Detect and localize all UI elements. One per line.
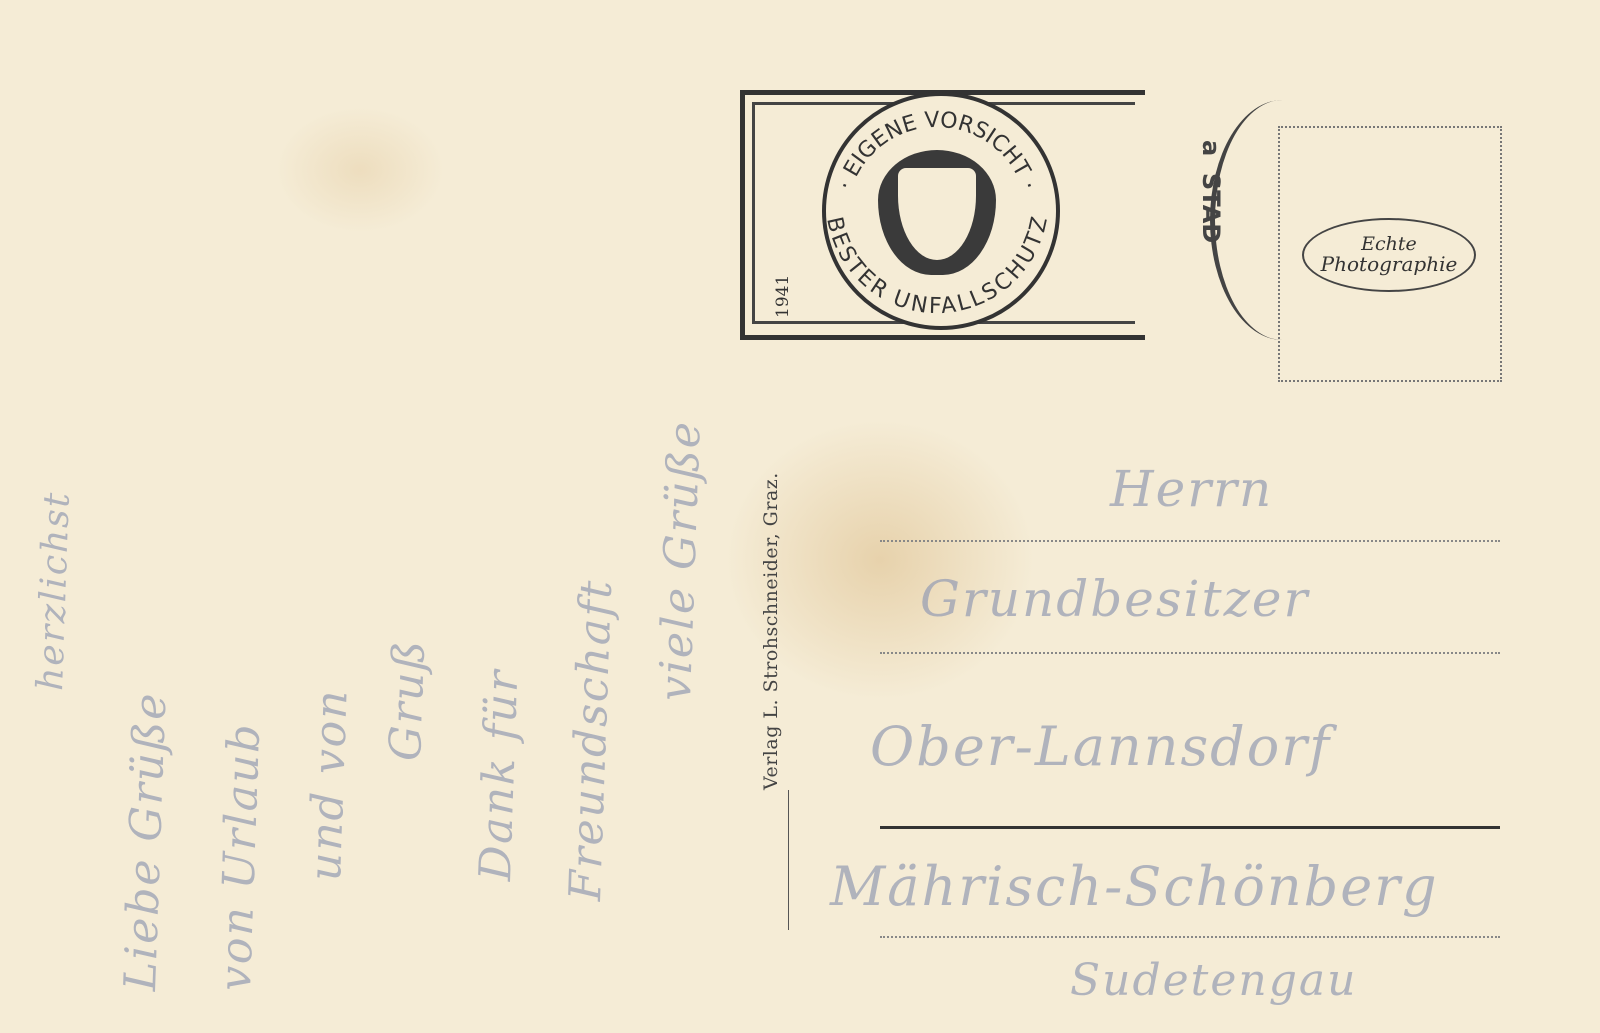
publisher-imprint: Verlag L. Strohschneider, Graz.: [760, 472, 782, 790]
handwritten-line: Gruß: [380, 638, 435, 762]
handwritten-line: Liebe Grüße: [115, 691, 176, 992]
address-line: [880, 936, 1500, 938]
address-line: [880, 540, 1500, 542]
echte-photographie-logo: Echte Photographie: [1302, 218, 1476, 292]
address-handwriting: Mährisch-Schönberg: [830, 855, 1439, 918]
address-handwriting: Herrn: [1110, 460, 1273, 518]
handwritten-line: Dank für: [470, 668, 528, 882]
print-year: 1941: [773, 275, 793, 318]
handwritten-line: und von: [300, 688, 358, 882]
address-line-underline: [880, 826, 1500, 829]
address-handwriting: Sudetengau: [1070, 955, 1357, 1006]
postmark-text: a STAD: [1197, 140, 1225, 243]
handwritten-line: Freundschaft: [560, 578, 622, 902]
address-handwriting: Ober-Lannsdorf: [870, 715, 1331, 778]
center-divider: [788, 790, 789, 930]
handwritten-line: von Urlaub: [210, 722, 270, 992]
address-handwriting: Grundbesitzer: [920, 570, 1309, 628]
postcard-back: Liebe Grüße von Urlaub und von Gruß Dank…: [0, 0, 1600, 1033]
address-line: [880, 652, 1500, 654]
handwritten-line: herzlichst: [30, 490, 78, 691]
handwritten-line: viele Grüße: [650, 419, 711, 702]
